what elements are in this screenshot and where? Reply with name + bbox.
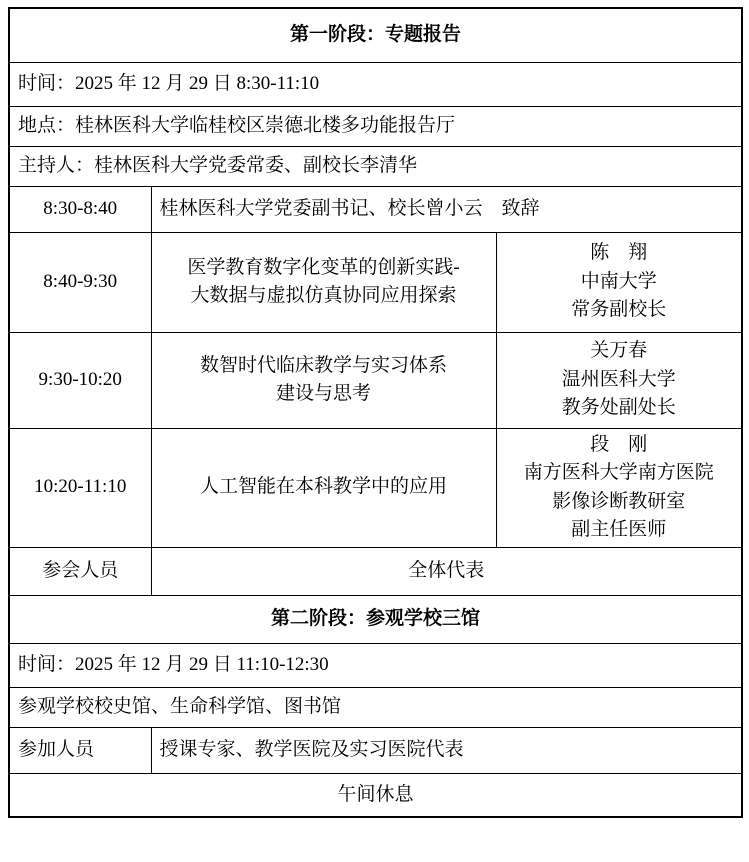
speaker-title: 常务副校长 — [505, 296, 734, 325]
session-time: 10:20-11:10 — [9, 428, 151, 547]
session-row-3: 10:20-11:10 人工智能在本科教学中的应用 段 刚 南方医科大学南方医院… — [9, 428, 742, 547]
session-topic: 桂林医科大学党委副书记、校长曾小云 致辞 — [151, 186, 742, 232]
session-speaker: 关万春 温州医科大学 教务处副处长 — [496, 332, 742, 428]
phase1-title: 第一阶段：专题报告 — [9, 8, 742, 62]
attendees-value: 全体代表 — [151, 547, 742, 595]
speaker-affiliation: 南方医科大学南方医院 — [505, 459, 734, 488]
session-speaker: 段 刚 南方医科大学南方医院 影像诊断教研室 副主任医师 — [496, 428, 742, 547]
speaker-name: 段 刚 — [505, 431, 734, 460]
break-label: 午间休息 — [9, 773, 742, 817]
session-time: 8:30-8:40 — [9, 186, 151, 232]
phase1-host: 主持人：桂林医科大学党委常委、副校长李清华 — [9, 146, 742, 186]
speaker-title: 教务处副处长 — [505, 394, 734, 423]
phase1-time-row: 时间：2025 年 12 月 29 日 8:30-11:10 — [9, 62, 742, 106]
session-time: 9:30-10:20 — [9, 332, 151, 428]
session-time: 8:40-9:30 — [9, 232, 151, 332]
topic-line: 数智时代临床教学与实习体系 — [160, 352, 488, 381]
session-topic: 数智时代临床教学与实习体系 建设与思考 — [151, 332, 496, 428]
phase2-time: 时间：2025 年 12 月 29 日 11:10-12:30 — [9, 643, 742, 687]
speaker-name: 关万春 — [505, 337, 734, 366]
attendees-label: 参会人员 — [9, 547, 151, 595]
speaker-affiliation: 中南大学 — [505, 268, 734, 297]
schedule-page: 第一阶段：专题报告 时间：2025 年 12 月 29 日 8:30-11:10… — [0, 0, 749, 862]
session-row-opening: 8:30-8:40 桂林医科大学党委副书记、校长曾小云 致辞 — [9, 186, 742, 232]
phase1-header-row: 第一阶段：专题报告 — [9, 8, 742, 62]
phase2-title: 第二阶段：参观学校三馆 — [9, 595, 742, 643]
phase1-time: 时间：2025 年 12 月 29 日 8:30-11:10 — [9, 62, 742, 106]
speaker-affiliation: 温州医科大学 — [505, 366, 734, 395]
phase2-header-row: 第二阶段：参观学校三馆 — [9, 595, 742, 643]
session-topic: 医学教育数字化变革的创新实践- 大数据与虚拟仿真协同应用探索 — [151, 232, 496, 332]
topic-line: 医学教育数字化变革的创新实践- — [160, 254, 488, 283]
topic-line: 大数据与虚拟仿真协同应用探索 — [160, 282, 488, 311]
phase2-time-row: 时间：2025 年 12 月 29 日 11:10-12:30 — [9, 643, 742, 687]
schedule-table: 第一阶段：专题报告 时间：2025 年 12 月 29 日 8:30-11:10… — [8, 7, 743, 818]
session-row-1: 8:40-9:30 医学教育数字化变革的创新实践- 大数据与虚拟仿真协同应用探索… — [9, 232, 742, 332]
speaker-title: 副主任医师 — [505, 516, 734, 545]
phase1-location: 地点：桂林医科大学临桂校区崇德北楼多功能报告厅 — [9, 106, 742, 146]
speaker-department: 影像诊断教研室 — [505, 488, 734, 517]
session-topic: 人工智能在本科教学中的应用 — [151, 428, 496, 547]
phase1-location-row: 地点：桂林医科大学临桂校区崇德北楼多功能报告厅 — [9, 106, 742, 146]
participants-value: 授课专家、教学医院及实习医院代表 — [151, 727, 742, 773]
session-row-2: 9:30-10:20 数智时代临床教学与实习体系 建设与思考 关万春 温州医科大… — [9, 332, 742, 428]
participants-row: 参加人员 授课专家、教学医院及实习医院代表 — [9, 727, 742, 773]
session-speaker: 陈 翔 中南大学 常务副校长 — [496, 232, 742, 332]
phase2-activity-row: 参观学校校史馆、生命科学馆、图书馆 — [9, 687, 742, 727]
break-row: 午间休息 — [9, 773, 742, 817]
participants-label: 参加人员 — [9, 727, 151, 773]
attendees-row: 参会人员 全体代表 — [9, 547, 742, 595]
speaker-name: 陈 翔 — [505, 239, 734, 268]
phase1-host-row: 主持人：桂林医科大学党委常委、副校长李清华 — [9, 146, 742, 186]
phase2-activity: 参观学校校史馆、生命科学馆、图书馆 — [9, 687, 742, 727]
topic-line: 建设与思考 — [160, 380, 488, 409]
